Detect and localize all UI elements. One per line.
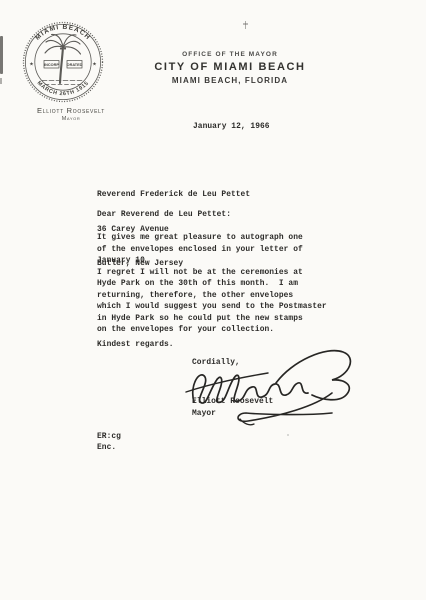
letter-page: { "colors": { "paper": "#fbfaf7", "typew… bbox=[0, 0, 426, 600]
letterhead-mayor-title: Mayor bbox=[26, 116, 116, 122]
typed-signature-name: Elliott Roosevelt bbox=[192, 396, 273, 408]
city-of-miami-beach-line: CITY OF MIAMI BEACH bbox=[110, 61, 350, 73]
miami-beach-florida-line: MIAMI BEACH, FLORIDA bbox=[110, 76, 350, 85]
letterhead-mayor-name: Elliott Roosevelt bbox=[26, 106, 116, 115]
office-of-the-mayor-line: OFFICE OF THE MAYOR bbox=[110, 51, 350, 58]
seal-left-star-icon: ★ bbox=[29, 62, 34, 68]
handwritten-signature bbox=[180, 345, 355, 435]
scan-edge-artifact bbox=[0, 36, 3, 74]
typed-signature-title: Mayor bbox=[192, 408, 216, 420]
palm-tree-icon bbox=[42, 34, 84, 84]
seal-incorporated-label: INCORP ORATED bbox=[44, 61, 83, 69]
seal-right-star-icon: ★ bbox=[92, 62, 97, 68]
seal-top-arc-text: MIAMI BEACH bbox=[34, 24, 91, 42]
body-paragraph-2: I regret I will not be at the ceremonies… bbox=[97, 267, 327, 336]
seal-inner-ring bbox=[35, 34, 91, 90]
city-seal-graphic: MIAMI BEACH MARCH 26TH 1915 ★ ★ INCORP O bbox=[22, 21, 104, 103]
enclosure-notation: Enc. bbox=[97, 442, 116, 454]
scan-edge-artifact-small bbox=[0, 78, 2, 84]
letterhead-header: OFFICE OF THE MAYOR CITY OF MIAMI BEACH … bbox=[110, 51, 350, 85]
salutation: Dear Reverend de Leu Pettet: bbox=[97, 209, 231, 221]
body-paragraph-1: It gives me great pleasure to autograph … bbox=[97, 232, 303, 267]
kindest-regards-line: Kindest regards. bbox=[97, 339, 174, 351]
seal-incorp-text: INCORP bbox=[44, 63, 59, 67]
letter-date: January 12, 1966 bbox=[193, 121, 270, 133]
seal-beaded-edge bbox=[24, 23, 103, 102]
city-seal: MIAMI BEACH MARCH 26TH 1915 ★ ★ INCORP O bbox=[22, 21, 104, 103]
reference-initials: ER:cg bbox=[97, 431, 121, 443]
signature-strokes bbox=[180, 345, 355, 435]
recipient-name: Reverend Frederick de Leu Pettet bbox=[97, 189, 250, 201]
seal-orated-text: ORATED bbox=[67, 63, 83, 67]
paper-mark-top bbox=[243, 21, 248, 25]
